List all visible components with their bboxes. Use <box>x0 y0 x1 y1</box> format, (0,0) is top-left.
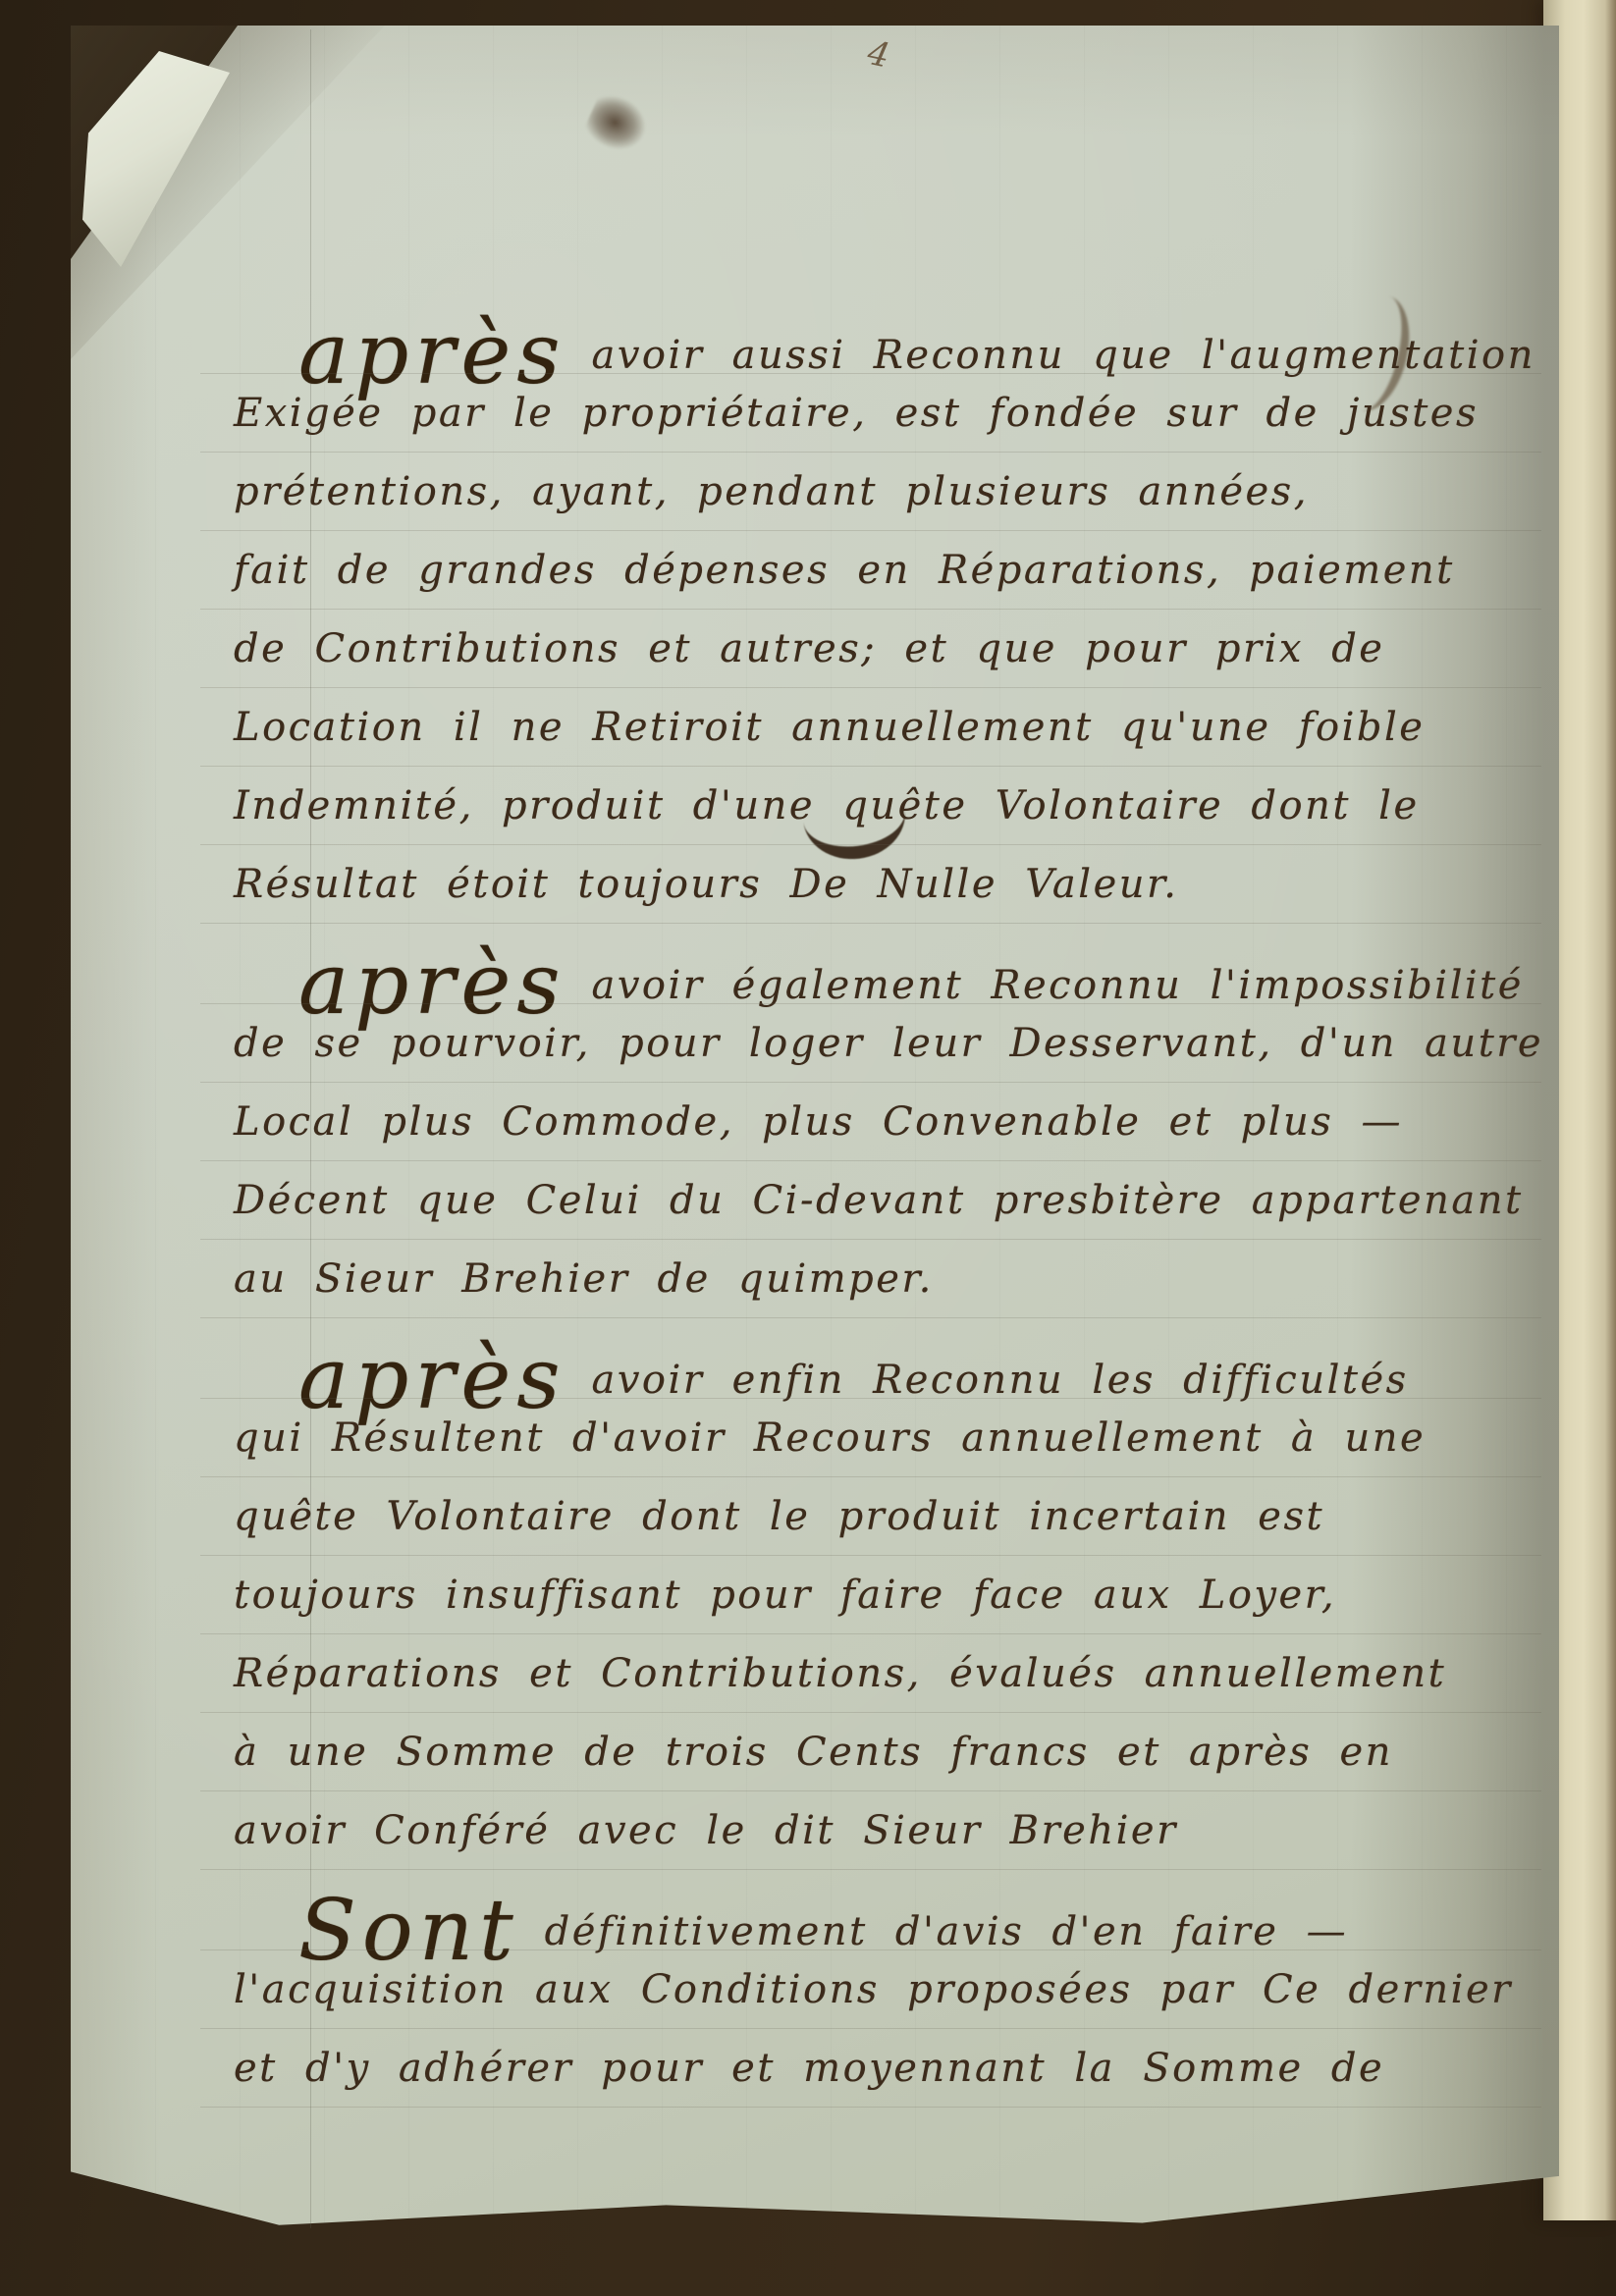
manuscript-photo: 4 aprèsavoir aussi Reconnu que l'augment… <box>0 0 1616 2296</box>
text-line: avoir Conféré avec le dit Sieur Brehier <box>234 1808 1545 1887</box>
text-line: qui Résultent d'avoir Recours annuelleme… <box>234 1415 1545 1494</box>
text-line-rest: avoir également Reconnu l'impossibilité <box>591 963 1523 1008</box>
text-line: quête Volontaire dont le produit incerta… <box>234 1494 1545 1573</box>
text-line-rest: avoir aussi Reconnu que l'augmentation <box>591 333 1535 378</box>
text-line: de se pourvoir, pour loger leur Desserva… <box>234 1021 1545 1099</box>
text-line: aprèsavoir également Reconnu l'impossibi… <box>234 942 1545 1021</box>
paragraph: Sontdéfinitivement d'avis d'en faire — l… <box>234 1889 1545 2124</box>
paragraph: aprèsavoir également Reconnu l'impossibi… <box>234 942 1545 1335</box>
paragraph: aprèsavoir enfin Reconnu les difficultés… <box>234 1337 1545 1887</box>
text-line: Local plus Commode, plus Convenable et p… <box>234 1099 1545 1178</box>
text-line-rest: avoir enfin Reconnu les difficultés <box>591 1358 1408 1403</box>
manuscript-text: aprèsavoir aussi Reconnu que l'augmentat… <box>234 312 1545 2124</box>
paragraph-lead-word: après <box>298 305 566 403</box>
text-line: Réparations et Contributions, évalués an… <box>234 1651 1545 1730</box>
text-line: Location il ne Retiroit annuellement qu'… <box>234 705 1545 783</box>
paragraph-lead-word: après <box>298 1330 566 1428</box>
text-line-rest: définitivement d'avis d'en faire — <box>545 1909 1349 1954</box>
text-line: Sontdéfinitivement d'avis d'en faire — <box>234 1889 1545 1967</box>
text-line: aprèsavoir aussi Reconnu que l'augmentat… <box>234 312 1545 391</box>
paragraph-lead-word: après <box>298 935 566 1034</box>
paragraph: aprèsavoir aussi Reconnu que l'augmentat… <box>234 312 1545 940</box>
text-line: aprèsavoir enfin Reconnu les difficultés <box>234 1337 1545 1415</box>
text-line: Résultat étoit toujours De Nulle Valeur. <box>234 862 1545 940</box>
text-line: prétentions, ayant, pendant plusieurs an… <box>234 469 1545 548</box>
paragraph-lead-word: Sont <box>298 1882 519 1980</box>
text-line: Exigée par le propriétaire, est fondée s… <box>234 391 1545 469</box>
text-line: et d'y adhérer pour et moyennant la Somm… <box>234 2046 1545 2124</box>
text-line: fait de grandes dépenses en Réparations,… <box>234 548 1545 626</box>
text-line: au Sieur Brehier de quimper. <box>234 1256 1545 1335</box>
text-line: l'acquisition aux Conditions proposées p… <box>234 1967 1545 2046</box>
text-line: à une Somme de trois Cents francs et apr… <box>234 1730 1545 1808</box>
text-line: de Contributions et autres; et que pour … <box>234 626 1545 705</box>
text-line: Décent que Celui du Ci-devant presbitère… <box>234 1178 1545 1256</box>
text-line: toujours insuffisant pour faire face aux… <box>234 1573 1545 1651</box>
text-line: Indemnité, produit d'une quête Volontair… <box>234 783 1545 862</box>
